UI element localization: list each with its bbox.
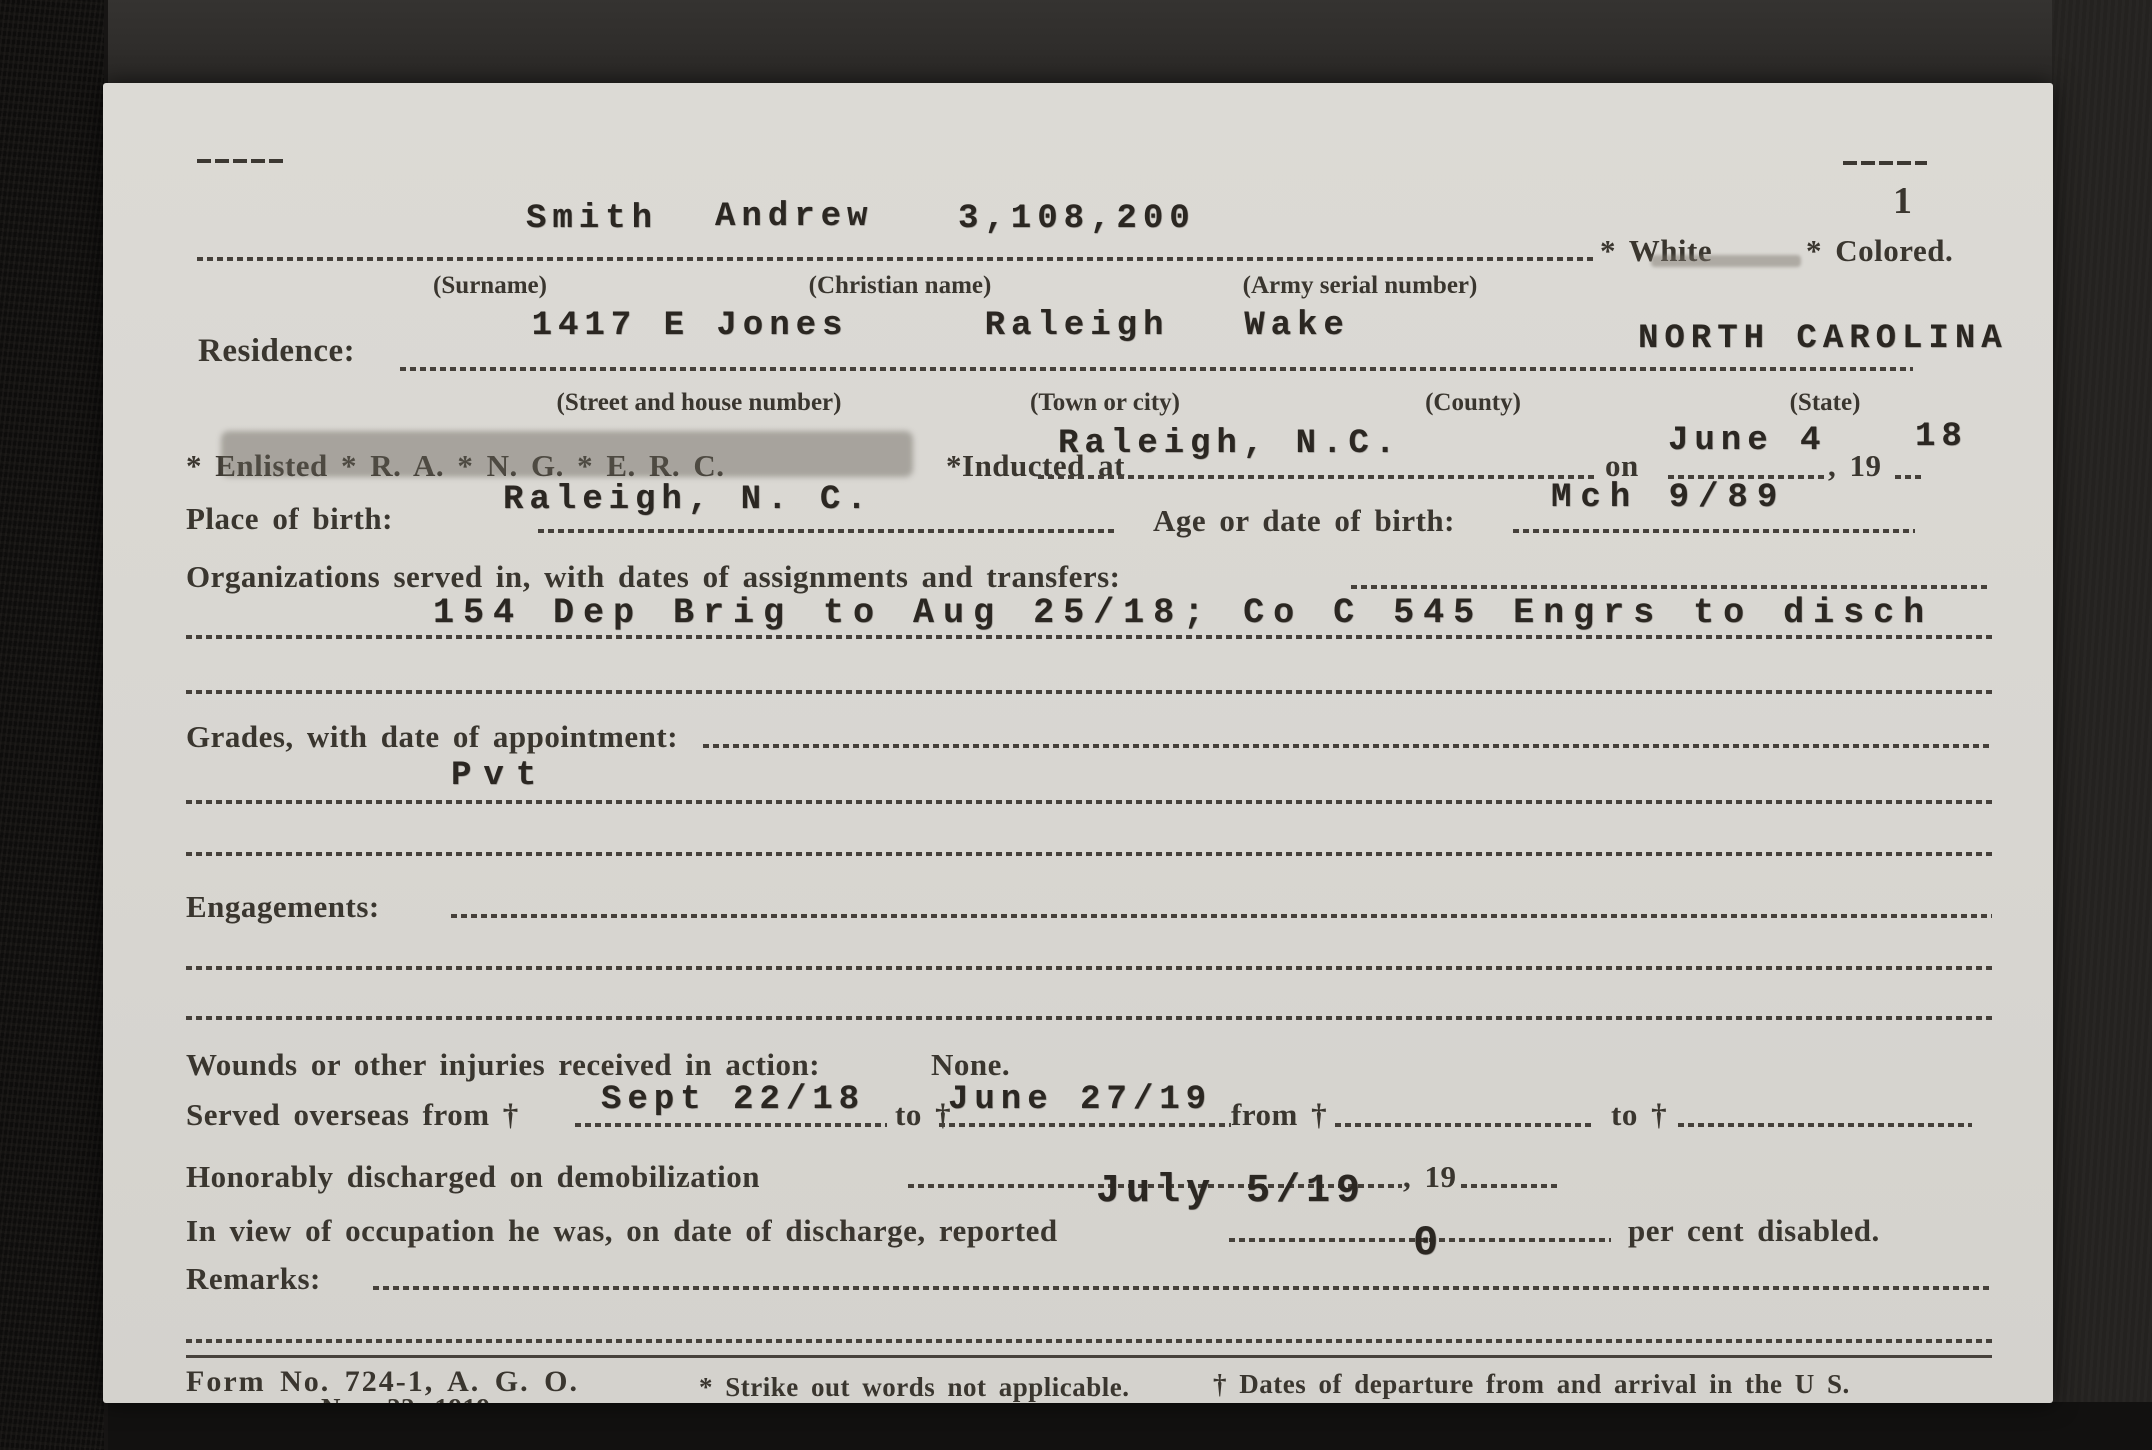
residence-street-value: 1417 E Jones <box>532 307 849 345</box>
race-option-colored: * Colored. <box>1806 233 1953 269</box>
year-19-label: , 19 <box>1828 448 1882 484</box>
scan-border-bottom <box>0 1402 2152 1450</box>
induction-year-value: 18 <box>1915 418 1968 456</box>
residence-town-value: Raleigh <box>985 307 1170 345</box>
state-label: (State) <box>1790 389 1861 417</box>
disabled-percent-value: 0 <box>1413 1219 1444 1267</box>
enlistment-strikeout-smudge <box>221 431 913 477</box>
place-of-birth-label: Place of birth: <box>186 501 393 537</box>
organizations-rule-1 <box>186 635 1992 639</box>
place-of-birth-value: Raleigh, N. C. <box>503 481 873 519</box>
scan-border-right <box>2052 0 2152 1450</box>
white-strikeout-smear <box>1651 255 1801 267</box>
organizations-value: 154 Dep Brig to Aug 25/18; Co C 545 Engr… <box>433 593 1933 633</box>
grades-rule-inline <box>703 744 1992 748</box>
departure-dates-note: † Dates of departure from and arrival in… <box>1213 1369 1850 1400</box>
town-label: (Town or city) <box>1030 389 1180 417</box>
discharge-date-value: July 5/19 <box>1096 1169 1366 1214</box>
street-label: (Street and house number) <box>557 389 842 417</box>
birth-date-value: Mch 9/89 <box>1551 479 1786 517</box>
year-rule <box>1895 475 1923 479</box>
overseas-from-rule <box>575 1123 887 1127</box>
residence-county-value: Wake <box>1244 307 1350 345</box>
overseas-to-date-value: June 27/19 <box>948 1081 1212 1119</box>
overseas-to-rule <box>939 1123 1231 1127</box>
service-record-card: 1 Smith Andrew 3,108,200 * White * Color… <box>103 83 2053 1403</box>
residence-state-value: NORTH CAROLINA <box>1638 320 2008 358</box>
remarks-label: Remarks: <box>186 1261 321 1297</box>
christian-name-value: Andrew <box>715 198 873 236</box>
organizations-label: Organizations served in, with dates of a… <box>186 559 1120 595</box>
surname-label: (Surname) <box>433 272 547 300</box>
age-label: Age or date of birth: <box>1153 503 1455 539</box>
overseas-to2-rule <box>1678 1123 1972 1127</box>
organizations-rule-2 <box>186 690 1992 694</box>
inducted-date-value: June 4 <box>1668 422 1826 460</box>
page-number: 1 <box>1893 179 1912 223</box>
scan-border-top <box>0 0 2152 86</box>
serial-number-value: 3,108,200 <box>958 200 1196 238</box>
inducted-place-rule <box>1038 475 1596 479</box>
disabled-label-post: per cent disabled. <box>1628 1213 1880 1249</box>
overseas-label: Served overseas from † <box>186 1097 519 1133</box>
discharge-label: Honorably discharged on demobilization <box>186 1159 760 1195</box>
engagements-rule-inline <box>451 914 1992 918</box>
overseas-from-date-value: Sept 22/18 <box>601 1081 865 1119</box>
discharge-year-label: , 19 <box>1403 1159 1457 1195</box>
christian-name-label: (Christian name) <box>809 272 992 300</box>
grade-value: Pvt <box>451 757 548 795</box>
engagements-rule-1 <box>186 966 1992 970</box>
footer-dotted-rule <box>186 1339 1992 1343</box>
overseas-from2-rule <box>1335 1123 1593 1127</box>
scan-border-left <box>0 0 108 1450</box>
disabled-label-pre: In view of occupation he was, on date of… <box>186 1213 1058 1249</box>
engagements-rule-2 <box>186 1016 1992 1020</box>
wounds-value: None. <box>931 1047 1010 1083</box>
footer-solid-rule <box>186 1355 1992 1358</box>
overseas-to2-label: to † <box>1611 1097 1667 1133</box>
grades-label: Grades, with date of appointment: <box>186 719 678 755</box>
discharge-year-rule <box>1461 1184 1557 1188</box>
residence-rule <box>400 367 1913 371</box>
inducted-place-value: Raleigh, N.C. <box>1058 425 1401 463</box>
county-label: (County) <box>1425 389 1521 417</box>
age-rule <box>1513 529 1915 533</box>
strike-out-note: * Strike out words not applicable. <box>699 1372 1130 1403</box>
organizations-rule-inline <box>1351 585 1991 589</box>
grades-rule-1 <box>186 800 1992 804</box>
wounds-label: Wounds or other injuries received in act… <box>186 1047 820 1083</box>
overseas-to-label: to † <box>895 1097 951 1133</box>
engagements-label: Engagements: <box>186 889 380 925</box>
overseas-from2-label: from † <box>1231 1097 1327 1133</box>
place-of-birth-rule <box>538 529 1118 533</box>
residence-label: Residence: <box>198 333 355 370</box>
grades-rule-2 <box>186 852 1992 856</box>
surname-value: Smith <box>526 200 658 238</box>
form-date: Nov. 22, 1919 <box>321 1393 491 1403</box>
remarks-rule <box>373 1286 1991 1290</box>
name-rule <box>197 257 1593 261</box>
serial-number-label: (Army serial number) <box>1243 272 1478 300</box>
pen-dash-mark-left <box>197 159 285 163</box>
pen-dash-mark-right <box>1843 161 1927 165</box>
